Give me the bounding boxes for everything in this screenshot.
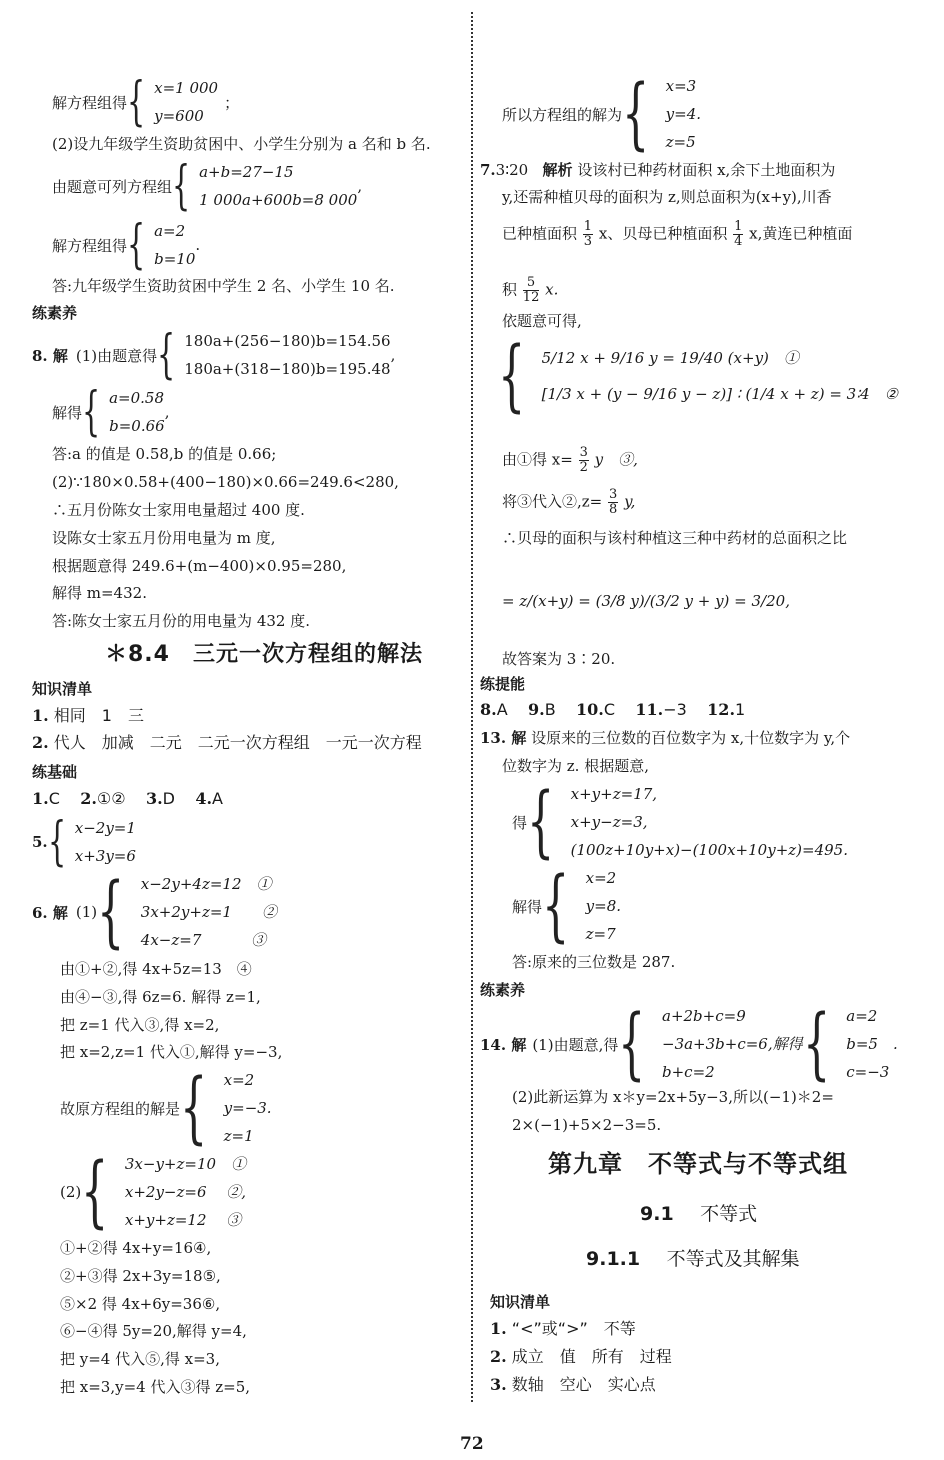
brace-icon: { xyxy=(157,329,175,381)
brace-icon: { xyxy=(48,816,66,868)
question-6-part-2: (2) { 3x−y+z=10 ① x+2y−z=6 ②, x+y+z=12 ③ xyxy=(60,1150,246,1234)
brace-icon: { xyxy=(622,75,649,153)
brace-icon: { xyxy=(97,873,124,951)
knowledge-item: 1. 相同 1 三 xyxy=(32,705,144,727)
section-title-knowledge: 知识清单 xyxy=(490,1291,550,1313)
brace-icon: { xyxy=(618,1005,645,1083)
q8-solution: 解得 { a=0.58 b=0.66 , xyxy=(52,384,169,440)
column-divider xyxy=(471,12,473,1402)
q13-solution: 解得 { x=2 y=8. z=7 xyxy=(512,864,621,948)
brace-icon: { xyxy=(81,1153,108,1231)
equation-system-ab: 由题意可列方程组 { a+b=27−15 1 000a+600b=8 000 , xyxy=(52,158,362,214)
q6-part-2-solution: 所以方程组的解为 { x=3 y=4. z=5 xyxy=(502,72,701,156)
knowledge-item: 1. “<”或“>” 不等 xyxy=(490,1318,636,1340)
basics-answers: 1.C 2.①② 3.D 4.A xyxy=(32,788,223,810)
brace-icon: { xyxy=(803,1005,830,1083)
brace-icon: { xyxy=(82,386,100,438)
question-14: 14. 解 (1)由题意,得 { a+2b+c=9 −3a+3b+c=6,解得 … xyxy=(480,1002,898,1086)
q7-equation-system: { 5/12 x + 9/16 y = 19/40 (x+y) ① [1/3 x… xyxy=(498,337,898,415)
section-title-improve: 练提能 xyxy=(480,673,525,695)
question-8: 8. 解 (1)由题意得 { 180a+(256−180)b=154.56 18… xyxy=(32,327,395,383)
q6-part-1-solution: 故原方程组的解是 { x=2 y=−3. z=1 xyxy=(60,1066,272,1150)
page-number: 72 xyxy=(460,1434,484,1454)
section-title-literacy: 练素养 xyxy=(480,979,525,1001)
chapter-title: 第九章 不等式与不等式组 xyxy=(548,1153,848,1175)
brace-icon: { xyxy=(542,867,569,945)
brace-icon: { xyxy=(172,160,190,212)
brace-icon: { xyxy=(180,1069,207,1147)
brace-icon: { xyxy=(127,76,145,128)
question-6-part-1: 6. 解 (1) { x−2y+4z=12 ① 3x+2y+z=1 ② 4x−z… xyxy=(32,870,277,954)
solution-system-ab: 解方程组得 { a=2 b=10 . xyxy=(52,217,200,273)
section-title-basics: 练基础 xyxy=(32,761,77,783)
brace-icon: { xyxy=(527,783,554,861)
section-title-knowledge: 知识清单 xyxy=(32,678,92,700)
q13-equation-system: 得 { x+y+z=17, x+y−z=3, (100z+10y+x)−(100… xyxy=(512,780,848,864)
section-heading-9-1-1: 9.1.1 不等式及其解集 xyxy=(586,1248,800,1270)
brace-icon: { xyxy=(127,219,145,271)
improve-answers: 8.A 9.B 10.C 11.−3 12.1 xyxy=(480,699,745,721)
section-title-literacy: 练素养 xyxy=(32,302,77,324)
question-13: 13. 解 设原来的三位数的百位数字为 x,十位数字为 y,个 xyxy=(480,727,850,749)
section-heading-8-4: ＊8.4 三元一次方程组的解法 xyxy=(105,644,423,666)
knowledge-item: 2. 成立 值 所有 过程 xyxy=(490,1346,672,1368)
question-7: 7.3∶20 解析 设该村已种药材面积 x,余下土地面积为 xyxy=(480,159,835,181)
brace-icon: { xyxy=(498,337,525,415)
question-5: 5. { x−2y=1 x+3y=6 xyxy=(32,814,136,870)
section-heading-9-1: 9.1 不等式 xyxy=(640,1203,757,1225)
knowledge-item: 3. 数轴 空心 实心点 xyxy=(490,1374,656,1396)
knowledge-item: 2. 代人 加减 二元 二元一次方程组 一元一次方程 xyxy=(32,732,422,754)
solution-system-xy: 解方程组得 { x=1 000 y=600 ； xyxy=(52,74,239,130)
